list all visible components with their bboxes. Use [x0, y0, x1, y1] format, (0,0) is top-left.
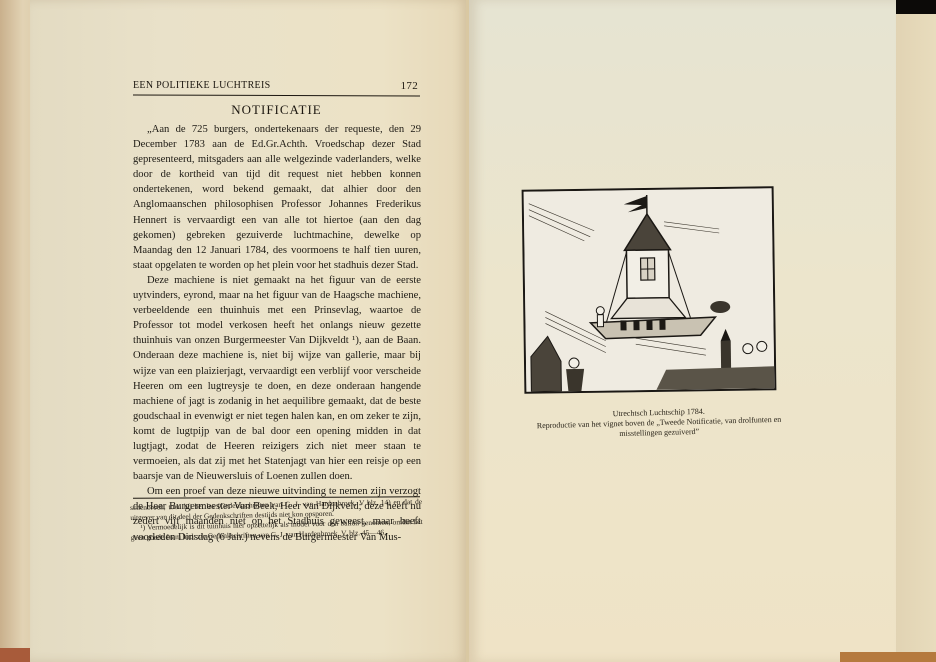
- book-gutter: [466, 0, 469, 662]
- page-number: 172: [401, 80, 418, 92]
- underlying-page-edge: [895, 14, 936, 662]
- background-corner: [895, 0, 936, 14]
- airship-woodcut-icon: [524, 188, 775, 391]
- section-title: NOTIFICATIE: [133, 102, 420, 118]
- table-surface: [840, 652, 936, 662]
- woodcut-illustration: [522, 186, 777, 393]
- running-head-title: EEN POLITIEKE LUCHTREIS: [133, 80, 270, 91]
- paragraph: Deze machiene is niet gemaakt na het fig…: [133, 273, 421, 484]
- paragraph: „Aan de 725 burgers, ondertekenaars der …: [133, 122, 421, 273]
- running-head: EEN POLITIEKE LUCHTREIS 172: [133, 80, 418, 94]
- body-text: „Aan de 725 burgers, ondertekenaars der …: [133, 122, 421, 545]
- footnotes: schenbroek, toen hij het las (Gedenkschr…: [130, 497, 423, 543]
